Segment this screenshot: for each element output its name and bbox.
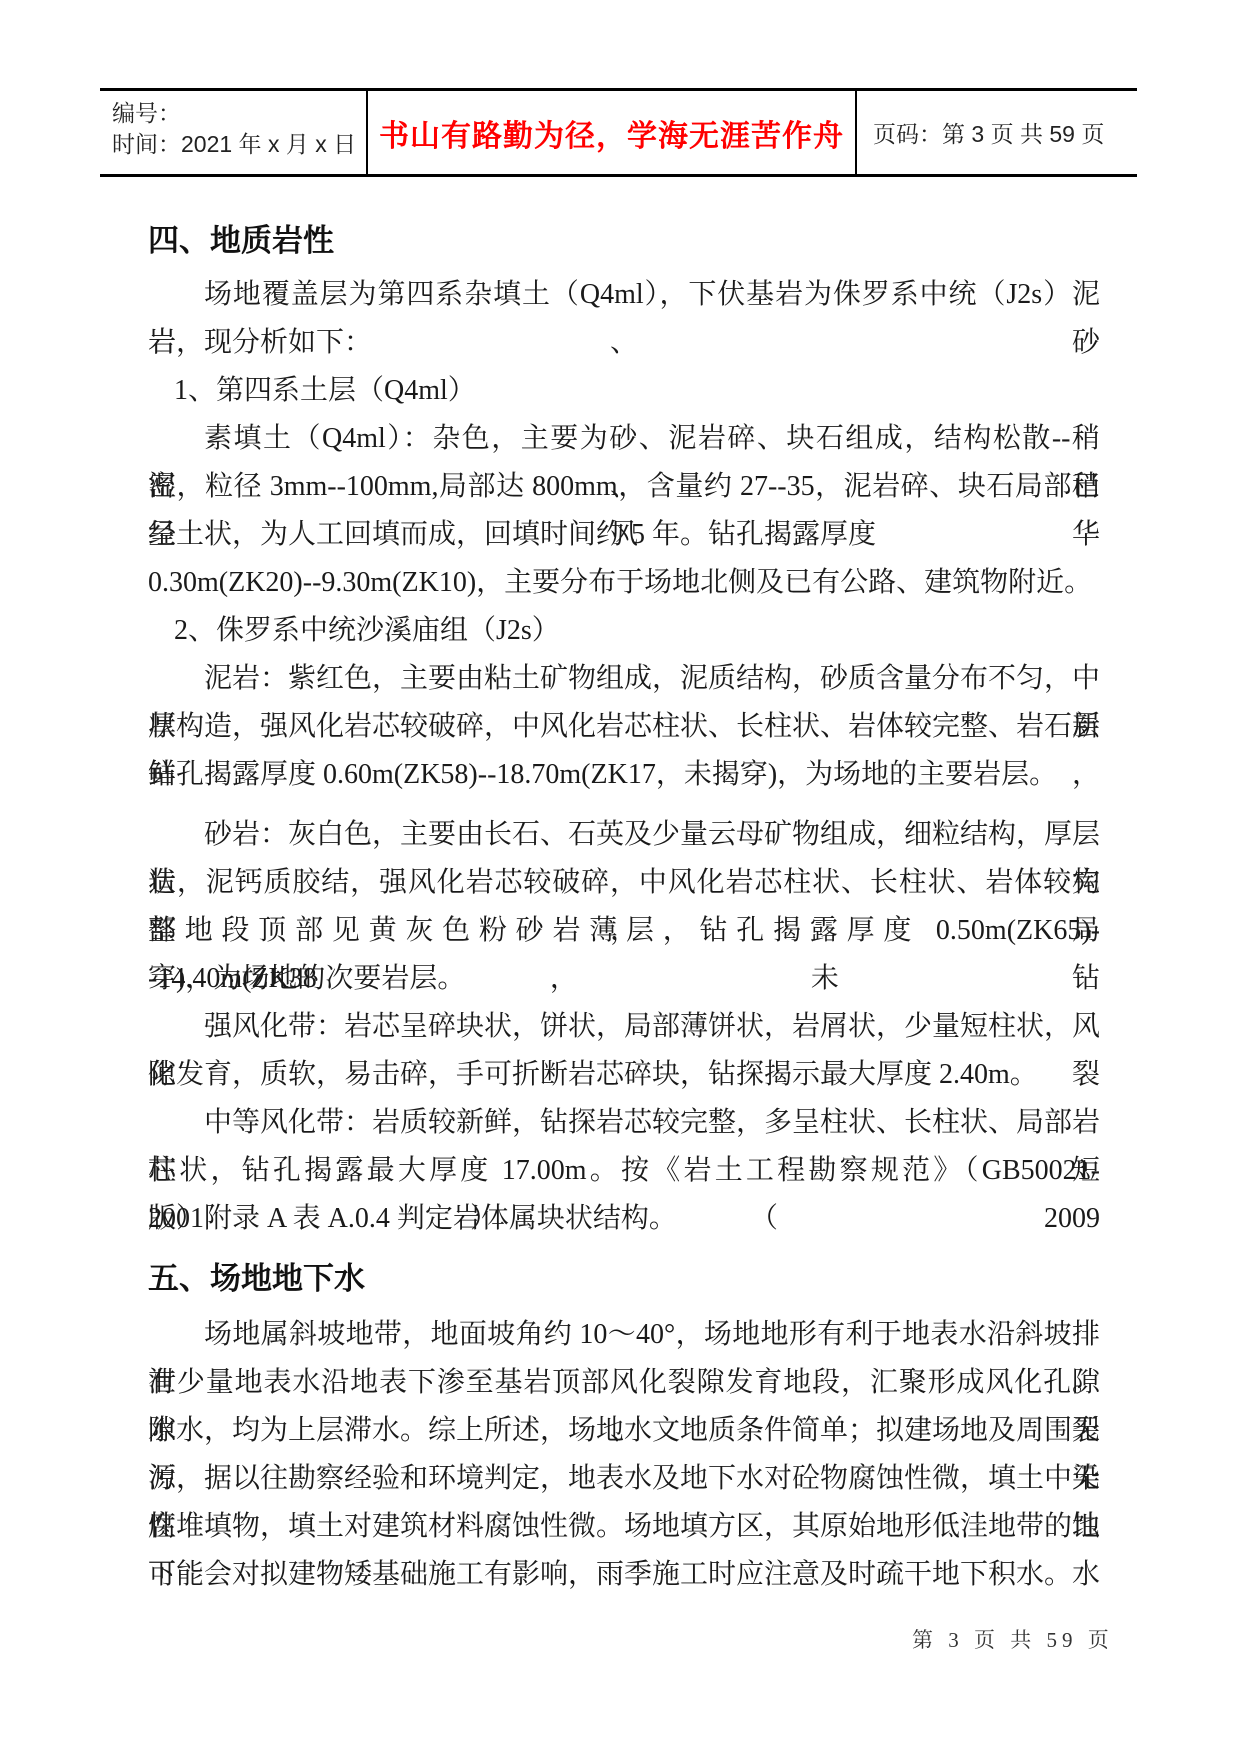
text-line: 柱状，钻孔揭露最大厚度 17.00m。按《岩土工程勘察规范》（GB50021-2… — [148, 1147, 1100, 1195]
header-slogan-cell: 书山有路勤为径，学海无涯苦作舟 — [366, 91, 855, 174]
text-line: 泥岩：紫红色，主要由粘土矿物组成，泥质结构，砂质含量分布不匀，中厚层 — [148, 655, 1100, 703]
slogan-text: 书山有路勤为径，学海无涯苦作舟 — [379, 111, 844, 155]
header-page-number: 页码：第 3 页 共 59 页 — [873, 116, 1104, 149]
text-line: 湿，粒径 3mm--100mm,局部达 800mm，含量约 27--35，泥岩碎… — [148, 463, 1100, 511]
text-line: 0.30m(ZK20)--9.30m(ZK10)，主要分布于场地北侧及已有公路、… — [148, 559, 1100, 607]
text-line: 部地段顶部见黄灰色粉砂岩薄层，钻孔揭露厚度 0.50m(ZK65)--14.40… — [148, 907, 1100, 955]
header-table: 编号： 时间：2021 年 x 月 x 日 书山有路勤为径，学海无涯苦作舟 页码… — [100, 88, 1137, 177]
text-line: 素填土（Q4ml）：杂色，主要为砂、泥岩碎、块石组成，结构松散--稍密、稍 — [148, 415, 1100, 463]
section-geology-text: 场地覆盖层为第四系杂填土（Q4ml），下伏基岩为侏罗系中统（J2s）泥岩、砂 岩… — [148, 271, 1100, 1243]
text-line: 隙水，均为上层滞水。综上所述，场地水文地质条件简单；拟建场地及周围无污染 — [148, 1407, 1100, 1455]
text-line: 强风化带：岩芯呈碎块状，饼状，局部薄饼状，岩屑状，少量短柱状，风化裂 — [148, 1003, 1100, 1051]
document-page: 编号： 时间：2021 年 x 月 x 日 书山有路勤为径，学海无涯苦作舟 页码… — [0, 0, 1241, 1754]
footer-page-number: 第 3 页 共 59 页 — [912, 1624, 1114, 1654]
text-line: 1、第四系土层（Q4ml） — [148, 367, 1100, 415]
section-heading-geology: 四、地质岩性 — [148, 223, 1100, 259]
text-line: 有少量地表水沿地表下渗至基岩顶部风化裂隙发育地段，汇聚形成风化孔隙水、裂 — [148, 1359, 1100, 1407]
section-groundwater-text: 场地属斜坡地带，地面坡角约 10～40°，场地地形有利于地表水沿斜坡排泄。 有少… — [148, 1311, 1100, 1599]
text-line: 场地属斜坡地带，地面坡角约 10～40°，场地地形有利于地表水沿斜坡排泄。 — [148, 1311, 1100, 1359]
text-line: 中等风化带：岩质较新鲜，钻探岩芯较完整，多呈柱状、长柱状、局部岩芯短 — [148, 1099, 1100, 1147]
text-line: 场地覆盖层为第四系杂填土（Q4ml），下伏基岩为侏罗系中统（J2s）泥岩、砂 — [148, 271, 1100, 319]
text-line: 性堆填物，填土对建筑材料腐蚀性微。场地填方区，其原始地形低洼地带的地下水 — [148, 1503, 1100, 1551]
section-heading-groundwater: 五、场地地下水 — [148, 1261, 1100, 1297]
header-number-label: 编号： — [112, 98, 366, 129]
header-date-label: 时间：2021 年 x 月 x 日 — [112, 129, 366, 160]
text-line: 2、侏罗系中统沙溪庙组（J2s） — [148, 607, 1100, 655]
text-line: 砂岩：灰白色，主要由长石、石英及少量云母矿物组成，细粒结构，厚层状构 — [148, 811, 1100, 859]
text-line: 源，据以往勘察经验和环境判定，地表水及地下水对砼物腐蚀性微，填土中无腐蚀 — [148, 1455, 1100, 1503]
text-line: 可能会对拟建物矮基础施工有影响，雨季施工时应注意及时疏干地下积水。 — [148, 1551, 1100, 1599]
text-line: 造，泥钙质胶结，强风化岩芯较破碎，中风化岩芯柱状、长柱状、岩体较完整，局 — [148, 859, 1100, 907]
document-body: 四、地质岩性 场地覆盖层为第四系杂填土（Q4ml），下伏基岩为侏罗系中统（J2s… — [148, 223, 1100, 1599]
text-line: 隙发育，质软，易击碎，手可折断岩芯碎块，钻探揭示最大厚度 2.40m。 — [148, 1051, 1100, 1099]
text-line: 状构造，强风化岩芯较破碎，中风化岩芯柱状、长柱状、岩体较完整、岩石新鲜， — [148, 703, 1100, 751]
header-page-cell: 页码：第 3 页 共 59 页 — [855, 91, 1137, 174]
header-id-cell: 编号： 时间：2021 年 x 月 x 日 — [100, 91, 366, 174]
text-line: 钻孔揭露厚度 0.60m(ZK58)--18.70m(ZK17，未揭穿)，为场地… — [148, 751, 1100, 799]
